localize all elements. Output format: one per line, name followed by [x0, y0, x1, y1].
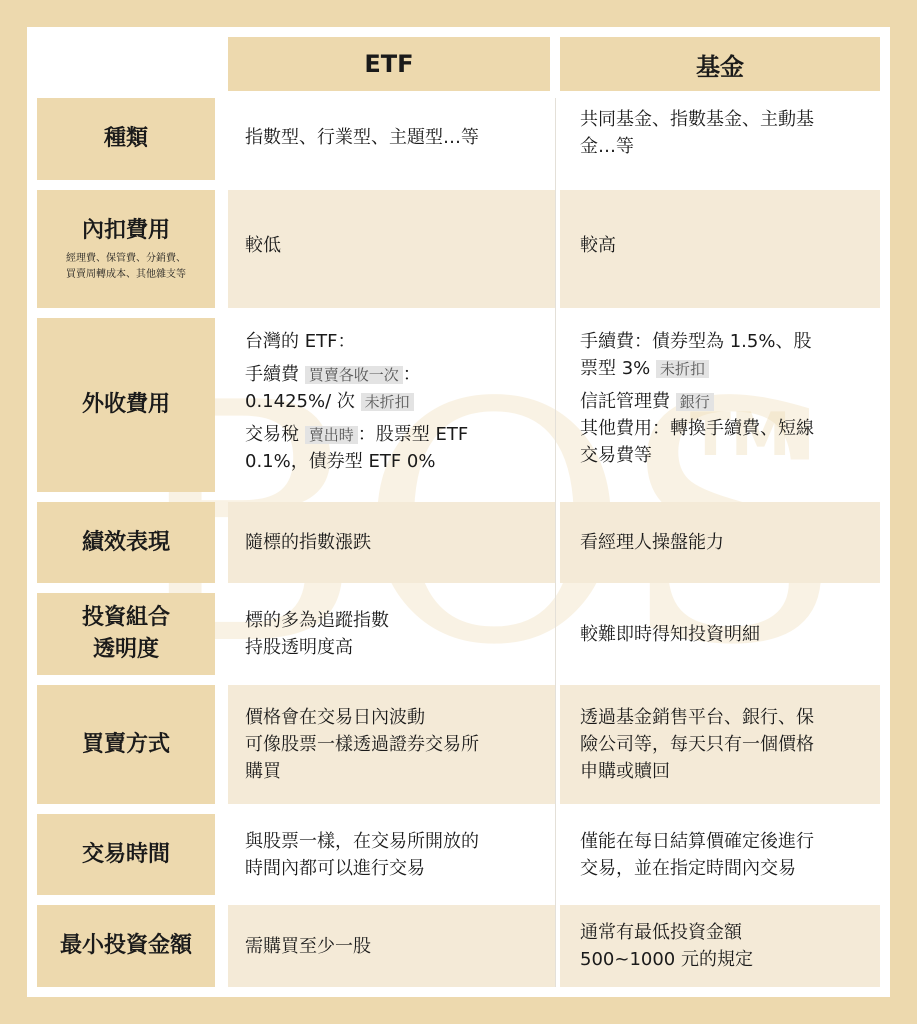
tag-badge: 買賣各收一次 — [305, 366, 403, 384]
cell-text: 價格會在交易日內波動 — [245, 704, 543, 731]
cell-text: 險公司等，每天只有一個價格 — [580, 731, 868, 758]
cell-text: 可像股票一樣透過證券交易所 — [245, 731, 543, 758]
cell-text: 較難即時得知投資明細 — [580, 621, 868, 648]
fee-line: 手續費 買賣各收一次： — [245, 361, 543, 388]
cell-text: 較高 — [580, 232, 868, 259]
cell-etf-minimum-investment: 需購買至少一股 — [228, 905, 555, 987]
cell-fund-trading-method: 透過基金銷售平台、銀行、保 險公司等，每天只有一個價格 申購或贖回 — [560, 685, 880, 804]
cell-etf-trading-method: 價格會在交易日內波動 可像股票一樣透過證券交易所 購買 — [228, 685, 555, 804]
tag-badge: 賣出時 — [305, 426, 358, 444]
cell-text: 其他費用：轉換手續費、短線 — [580, 415, 868, 442]
cell-etf-external-fees: 台灣的 ETF： 手續費 買賣各收一次： 0.1425%/ 次 未折扣 交易稅 … — [228, 318, 555, 492]
row-label-type: 種類 — [37, 98, 215, 180]
sublabel-line: 經理費、保管費、分銷費、 — [66, 251, 186, 267]
cell-fund-minimum-investment: 通常有最低投資金額 500~1000 元的規定 — [560, 905, 880, 987]
fee-text: 票型 3% — [580, 358, 650, 379]
cell-text: 標的多為追蹤指數 — [245, 607, 543, 634]
cell-fund-external-fees: 手續費：債券型為 1.5%、股 票型 3% 未折扣 信託管理費 銀行 其他費用：… — [560, 318, 880, 492]
trust-label: 信託管理費 — [580, 391, 670, 412]
row-label-internal-fees: 內扣費用 經理費、保管費、分銷費、 買賣周轉成本、其他雜支等 — [37, 190, 215, 308]
row-label-transparency: 投資組合 透明度 — [37, 593, 215, 675]
cell-text: 交易費等 — [580, 442, 868, 469]
cell-fund-trading-hours: 僅能在每日結算價確定後進行 交易，並在指定時間內交易 — [560, 814, 880, 895]
cell-text: 時間內都可以進行交易 — [245, 855, 543, 882]
cell-etf-trading-hours: 與股票一樣，在交易所開放的 時間內都可以進行交易 — [228, 814, 555, 895]
cell-text: 僅能在每日結算價確定後進行 — [580, 828, 868, 855]
cell-text: 通常有最低投資金額 — [580, 919, 868, 946]
colon: ： — [403, 364, 421, 385]
fee-value: 0.1425%/ 次 — [245, 391, 355, 412]
cell-text: 購買 — [245, 758, 543, 785]
cell-fund-performance: 看經理人操盤能力 — [560, 502, 880, 583]
row-label-trading-method: 買賣方式 — [37, 685, 215, 804]
cell-etf-internal-fees: 較低 — [228, 190, 555, 308]
cell-text: 指數型、行業型、主題型…等 — [245, 124, 543, 151]
cell-fund-transparency: 較難即時得知投資明細 — [560, 593, 880, 675]
fee-label: 手續費 — [245, 364, 299, 385]
cell-text: 看經理人操盤能力 — [580, 529, 868, 556]
cell-etf-type: 指數型、行業型、主題型…等 — [228, 98, 555, 180]
tax-line: 交易稅 賣出時：股票型 ETF — [245, 421, 543, 448]
tag-badge: 銀行 — [676, 393, 714, 411]
cell-text: 透過基金銷售平台、銀行、保 — [580, 704, 868, 731]
cell-fund-type: 共同基金、指數基金、主動基 金…等 — [560, 98, 880, 180]
cell-text: 交易，並在指定時間內交易 — [580, 855, 868, 882]
cell-text: 共同基金、指數基金、主動基 — [580, 106, 868, 133]
row-label-minimum-investment: 最小投資金額 — [37, 905, 215, 987]
label-text: 透明度 — [93, 634, 159, 666]
cell-fund-internal-fees: 較高 — [560, 190, 880, 308]
tax-label: 交易稅 — [245, 424, 299, 445]
tax-text: ：股票型 ETF — [358, 424, 468, 445]
fee-line: 票型 3% 未折扣 — [580, 355, 868, 382]
cell-text: 隨標的指數漲跌 — [245, 529, 543, 556]
tag-badge: 未折扣 — [656, 360, 709, 378]
cell-text: 需購買至少一股 — [245, 933, 543, 960]
column-divider — [555, 98, 556, 987]
label-text: 投資組合 — [82, 602, 170, 634]
cell-text: 持股透明度高 — [245, 634, 543, 661]
cell-etf-performance: 隨標的指數漲跌 — [228, 502, 555, 583]
label-subtext: 經理費、保管費、分銷費、 買賣周轉成本、其他雜支等 — [66, 251, 186, 283]
fee-value-line: 0.1425%/ 次 未折扣 — [245, 388, 543, 415]
cell-text: 0.1%，債券型 ETF 0% — [245, 448, 543, 475]
sublabel-line: 買賣周轉成本、其他雜支等 — [66, 267, 186, 283]
row-label-performance: 績效表現 — [37, 502, 215, 583]
row-label-trading-hours: 交易時間 — [37, 814, 215, 895]
column-header-fund: 基金 — [560, 37, 880, 91]
cell-text: 手續費：債券型為 1.5%、股 — [580, 328, 868, 355]
label-text: 內扣費用 — [82, 215, 170, 247]
cell-text: 台灣的 ETF： — [245, 328, 543, 355]
cell-text: 金…等 — [580, 133, 868, 160]
column-header-etf: ETF — [228, 37, 550, 91]
row-label-external-fees: 外收費用 — [37, 318, 215, 492]
trust-line: 信託管理費 銀行 — [580, 388, 868, 415]
tag-badge: 未折扣 — [361, 393, 414, 411]
cell-text: 500~1000 元的規定 — [580, 946, 868, 973]
cell-text: 較低 — [245, 232, 543, 259]
cell-text: 與股票一樣，在交易所開放的 — [245, 828, 543, 855]
cell-text: 申購或贖回 — [580, 758, 868, 785]
cell-etf-transparency: 標的多為追蹤指數 持股透明度高 — [228, 593, 555, 675]
